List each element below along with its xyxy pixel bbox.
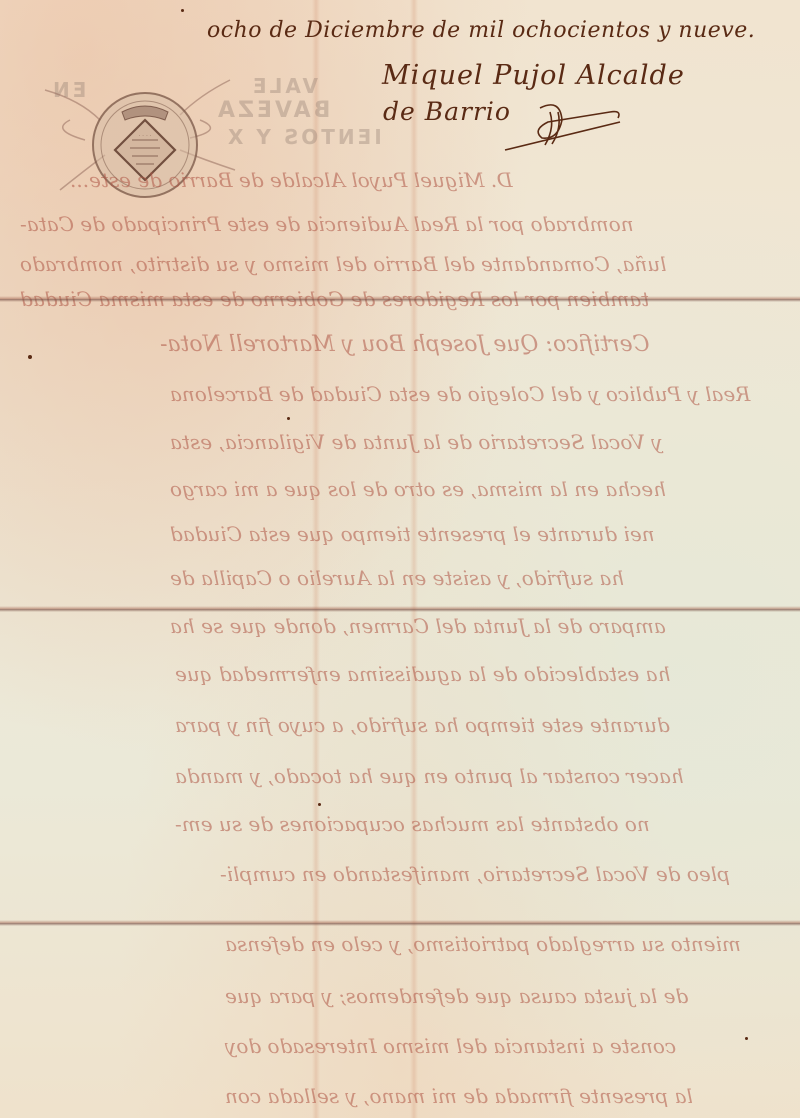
ink-speck [318, 803, 321, 806]
date-line: ocho de Diciembre de mil ochocientos y n… [207, 18, 755, 43]
svg-text:· · · ·: · · · · [138, 133, 151, 140]
ink-speck [181, 9, 184, 12]
ink-speck [28, 355, 32, 359]
horizontal-fold-line [0, 920, 800, 926]
horizontal-fold-line [0, 296, 800, 302]
stamp-ghost-line: VALE [250, 74, 318, 98]
ink-speck [745, 1037, 748, 1040]
ink-speck [287, 417, 290, 420]
signature-name: Miquel Pujol Alcalde [382, 60, 685, 91]
stamp-ghost-line: IENTOS Y X [225, 125, 382, 149]
horizontal-fold-line [0, 606, 800, 612]
signature-title: de Barrio [383, 97, 511, 126]
signature-flourish-icon [500, 100, 640, 160]
